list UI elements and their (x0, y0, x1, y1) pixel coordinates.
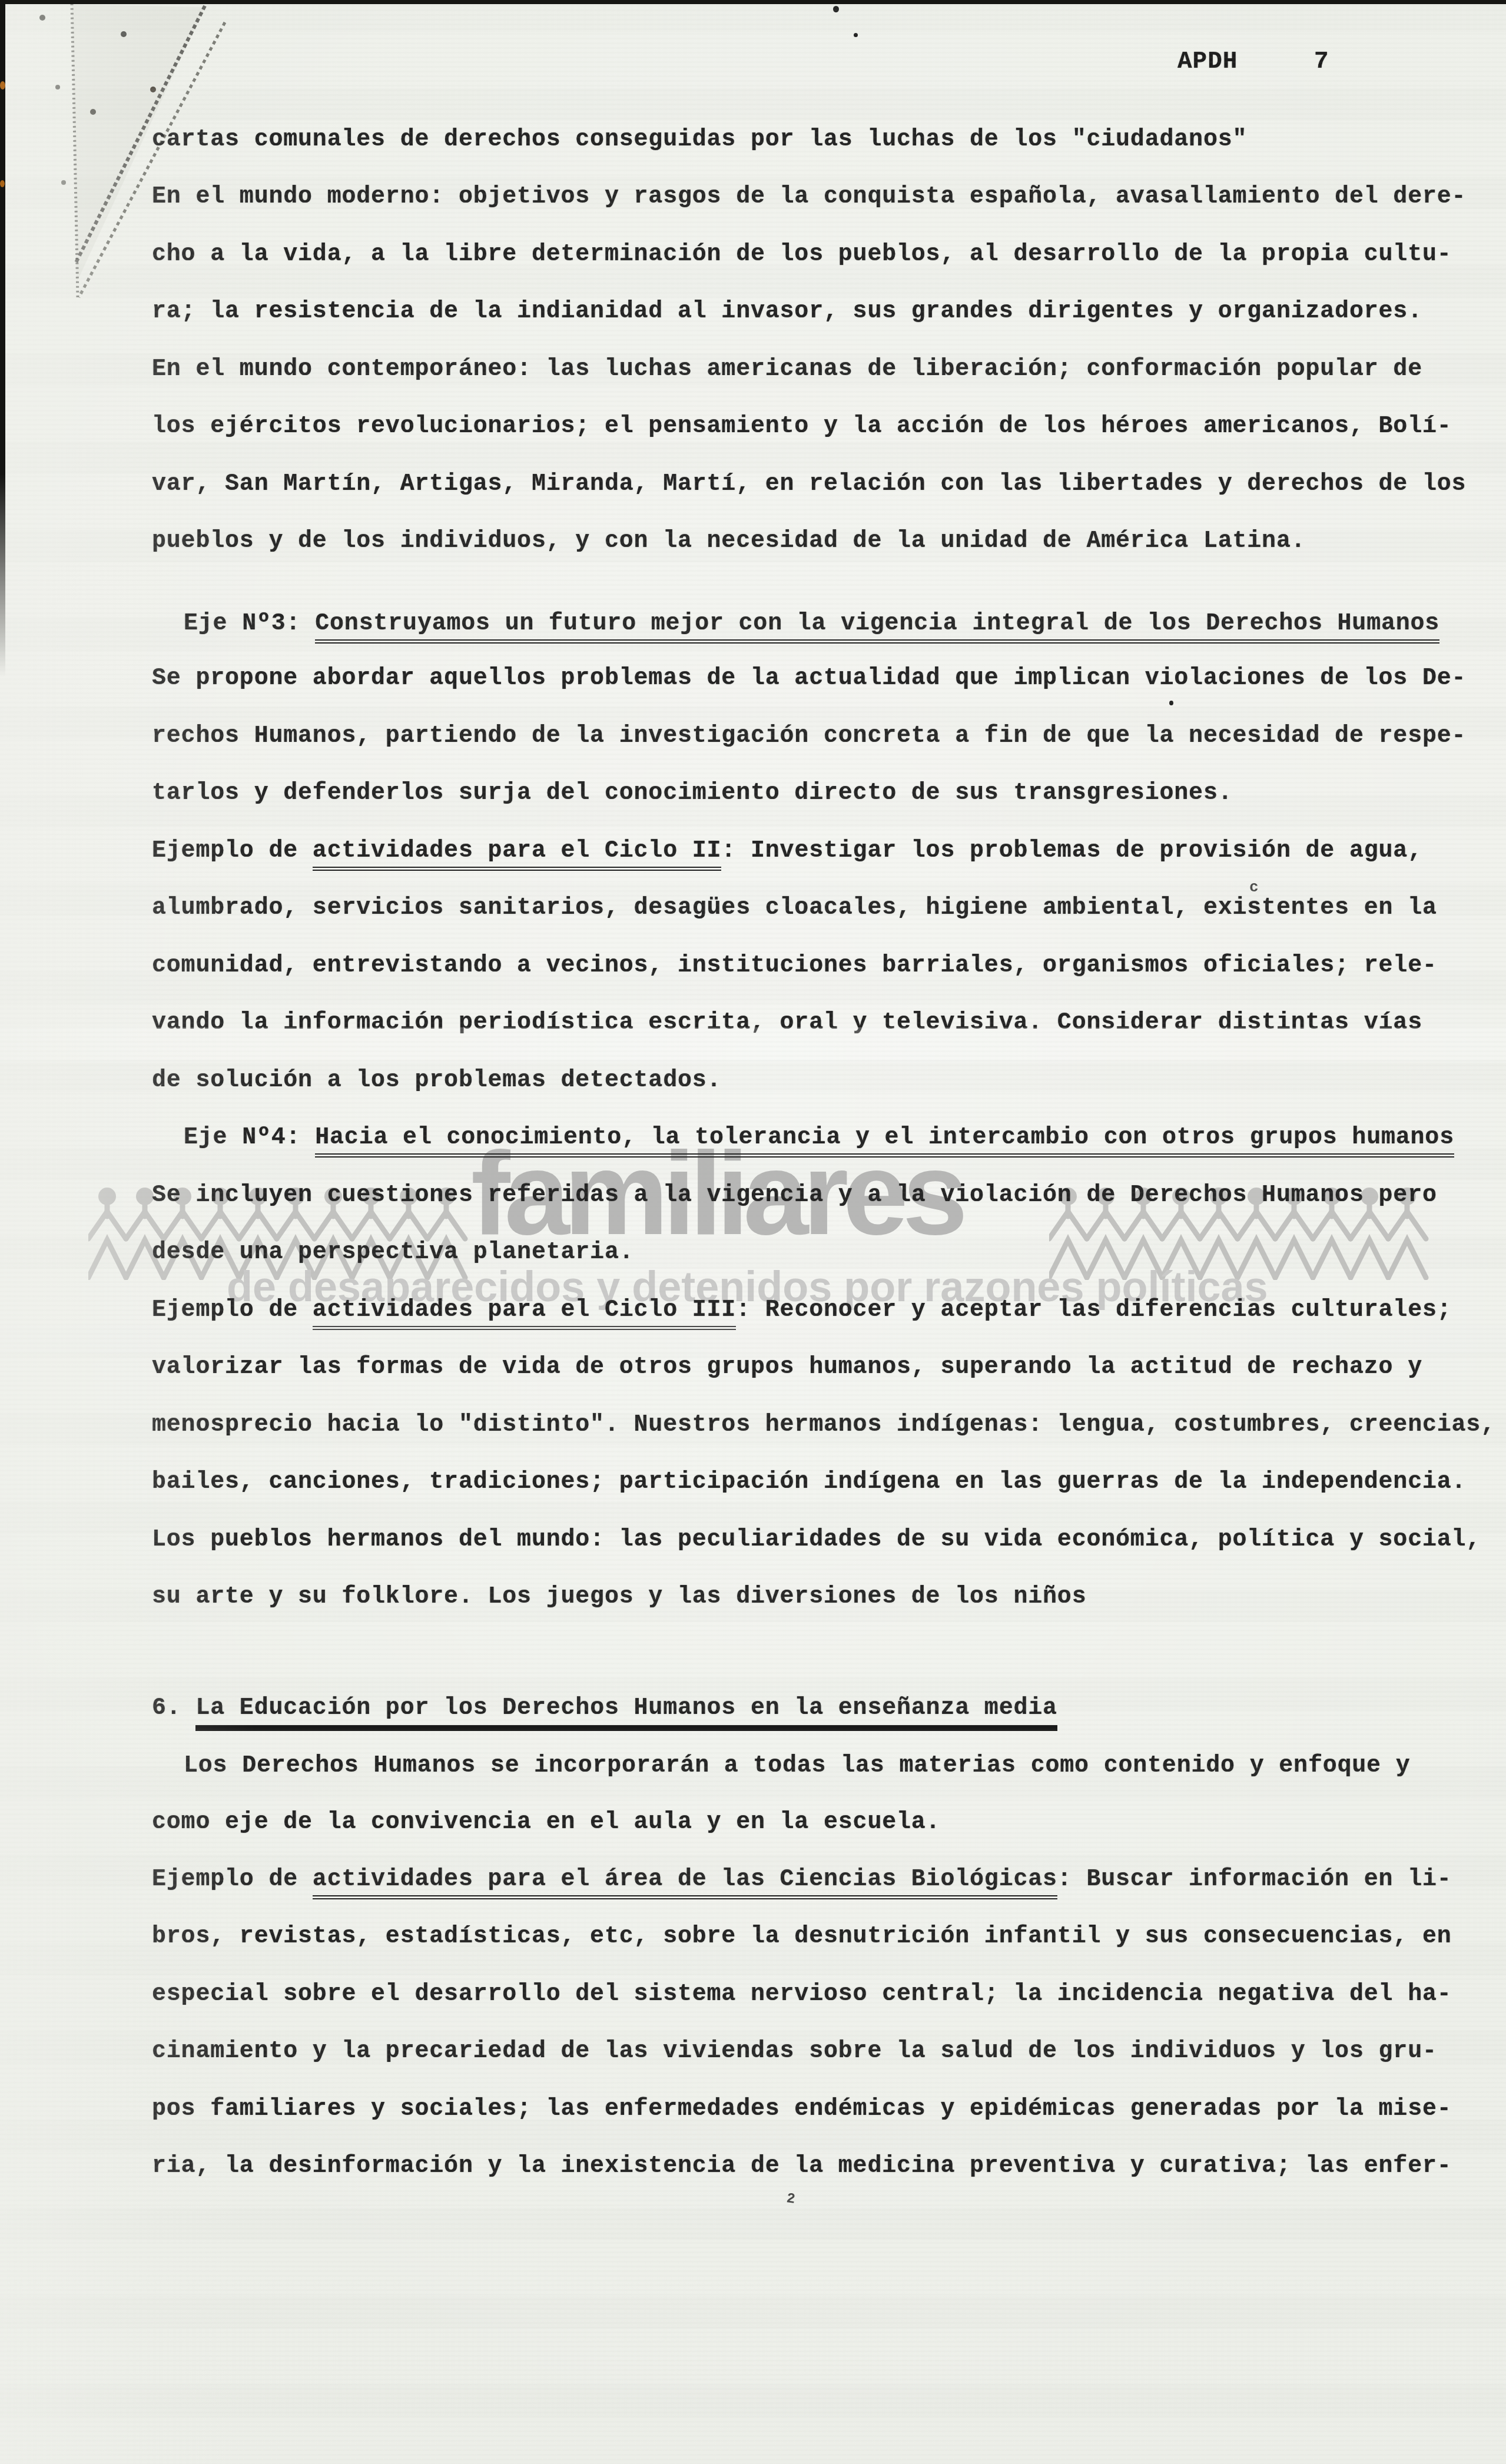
scan-edge-top (0, 0, 1506, 4)
text-segment: Eje Nº4: (184, 1125, 315, 1151)
text-segment: su arte y su folklore. Los juegos y las … (152, 1584, 1086, 1610)
text-segment: Se incluyen cuestiones referidas a la vi… (152, 1182, 1437, 1209)
document-line: Se propone abordar aquellos problemas de… (152, 665, 1466, 692)
text-segment: ria, la desinformación y la inexistencia… (152, 2153, 1452, 2180)
text-segment: vando la información periodística escrit… (152, 1010, 1422, 1036)
text-segment: bailes, canciones, tradiciones; particip… (152, 1469, 1466, 1495)
document-line: Se incluyen cuestiones referidas a la vi… (152, 1182, 1437, 1209)
text-segment: pueblos y de los individuos, y con la ne… (152, 528, 1306, 555)
document-line: cartas comunales de derechos conseguidas… (152, 127, 1247, 153)
document-line: pos familiares y sociales; las enfermeda… (152, 2096, 1452, 2123)
underlined-text: actividades para el Ciclo III (313, 1297, 736, 1330)
text-segment: : Investigar los problemas de provisión … (721, 838, 1422, 864)
underlined-text: Construyamos un futuro mejor con la vige… (315, 611, 1439, 644)
document-line: Eje Nº4: Hacia el conocimiento, la toler… (184, 1125, 1454, 1151)
text-segment: especial sobre el desarrollo del sistema… (152, 1981, 1452, 2008)
text-segment: cinamiento y la precariedad de las vivie… (152, 2038, 1437, 2065)
text-segment: pos familiares y sociales; las enfermeda… (152, 2096, 1452, 2123)
text-segment: como eje de la convivencia en el aula y … (152, 1809, 940, 1836)
document-line: bailes, canciones, tradiciones; particip… (152, 1469, 1466, 1495)
document-line: especial sobre el desarrollo del sistema… (152, 1981, 1452, 2008)
text-segment: cartas comunales de derechos conseguidas… (152, 127, 1247, 153)
underlined-text: actividades para el Ciclo II (313, 838, 722, 871)
scan-edge-left (0, 0, 5, 677)
text-segment: desde una perspectiva planetaria. (152, 1239, 634, 1266)
document-line: de solución a los problemas detectados. (152, 1067, 721, 1094)
document-line: desde una perspectiva planetaria. (152, 1239, 634, 1266)
text-segment: Ejemplo de (152, 1866, 313, 1893)
document-line: menosprecio hacia lo "distinto". Nuestro… (152, 1412, 1495, 1438)
document-line: vando la información periodística escrit… (152, 1010, 1422, 1036)
document-line: Los pueblos hermanos del mundo: las pecu… (152, 1527, 1481, 1553)
underlined-text: Hacia el conocimiento, la tolerancia y e… (315, 1125, 1454, 1158)
text-segment: los ejércitos revolucionarios; el pensam… (152, 413, 1452, 440)
document-line: var, San Martín, Artigas, Miranda, Martí… (152, 471, 1466, 498)
text-segment: 6. (152, 1695, 195, 1722)
document-line: los ejércitos revolucionarios; el pensam… (152, 413, 1452, 440)
stray-ink-mark: c (1249, 878, 1259, 896)
document-line: Ejemplo de actividades para el Ciclo III… (152, 1297, 1452, 1324)
text-segment: En el mundo contemporáneo: las luchas am… (152, 356, 1422, 383)
document-line: valorizar las formas de vida de otros gr… (152, 1354, 1422, 1381)
document-body: cartas comunales de derechos conseguidas… (0, 0, 1506, 2464)
section-heading: 6. La Educación por los Derechos Humanos… (152, 1695, 1057, 1722)
ink-dot (833, 6, 839, 12)
text-segment: var, San Martín, Artigas, Miranda, Martí… (152, 471, 1466, 498)
text-segment: comunidad, entrevistando a vecinos, inst… (152, 953, 1437, 979)
scanned-page: APDH 7 familiares de desaparecidos y det… (0, 0, 1506, 2464)
text-segment: En el mundo moderno: objetivos y rasgos … (152, 184, 1466, 210)
document-line: Ejemplo de actividades para el área de l… (152, 1866, 1452, 1893)
scan-speck (0, 81, 5, 89)
text-segment: Eje Nº3: (184, 611, 315, 637)
text-segment: : Buscar información en li- (1057, 1866, 1452, 1893)
text-segment: ra; la resistencia de la indianidad al i… (152, 299, 1422, 325)
text-segment: valorizar las formas de vida de otros gr… (152, 1354, 1422, 1381)
document-line: cho a la vida, a la libre determinación … (152, 241, 1452, 268)
document-line: ra; la resistencia de la indianidad al i… (152, 299, 1422, 325)
document-line: En el mundo contemporáneo: las luchas am… (152, 356, 1422, 383)
underlined-text: La Educación por los Derechos Humanos en… (195, 1695, 1057, 1731)
document-line: pueblos y de los individuos, y con la ne… (152, 528, 1306, 555)
text-segment: Ejemplo de (152, 1297, 313, 1324)
document-line: rechos Humanos, partiendo de la investig… (152, 723, 1466, 750)
text-segment: rechos Humanos, partiendo de la investig… (152, 723, 1466, 750)
text-segment: bros, revistas, estadísticas, etc, sobre… (152, 1924, 1452, 1950)
text-segment: de solución a los problemas detectados. (152, 1067, 721, 1094)
document-line: ria, la desinformación y la inexistencia… (152, 2153, 1452, 2180)
text-segment: tarlos y defenderlos surja del conocimie… (152, 780, 1233, 807)
text-segment: menosprecio hacia lo "distinto". Nuestro… (152, 1412, 1495, 1438)
text-segment: Los Derechos Humanos se incorporarán a t… (184, 1753, 1411, 1779)
text-segment: alumbrado, servicios sanitarios, desagüe… (152, 895, 1437, 921)
text-segment: cho a la vida, a la libre determinación … (152, 241, 1452, 268)
document-line: En el mundo moderno: objetivos y rasgos … (152, 184, 1466, 210)
text-segment: : Reconocer y aceptar las diferencias cu… (736, 1297, 1451, 1324)
document-line: Ejemplo de actividades para el Ciclo II:… (152, 838, 1422, 864)
document-line: como eje de la convivencia en el aula y … (152, 1809, 940, 1836)
text-segment: Se propone abordar aquellos problemas de… (152, 665, 1466, 692)
ink-dot (1169, 701, 1173, 705)
scan-speck (0, 180, 5, 187)
document-line: cinamiento y la precariedad de las vivie… (152, 2038, 1437, 2065)
text-segment: Ejemplo de (152, 838, 313, 864)
document-line: tarlos y defenderlos surja del conocimie… (152, 780, 1233, 807)
document-line: bros, revistas, estadísticas, etc, sobre… (152, 1924, 1452, 1950)
document-line: Eje Nº3: Construyamos un futuro mejor co… (184, 611, 1439, 637)
ink-dot (854, 33, 858, 37)
document-line: su arte y su folklore. Los juegos y las … (152, 1584, 1086, 1610)
document-line: Los Derechos Humanos se incorporarán a t… (184, 1753, 1411, 1779)
text-segment: Los pueblos hermanos del mundo: las pecu… (152, 1527, 1481, 1553)
document-line: alumbrado, servicios sanitarios, desagüe… (152, 895, 1437, 921)
document-line: comunidad, entrevistando a vecinos, inst… (152, 953, 1437, 979)
underlined-text: actividades para el área de las Ciencias… (313, 1866, 1057, 1899)
